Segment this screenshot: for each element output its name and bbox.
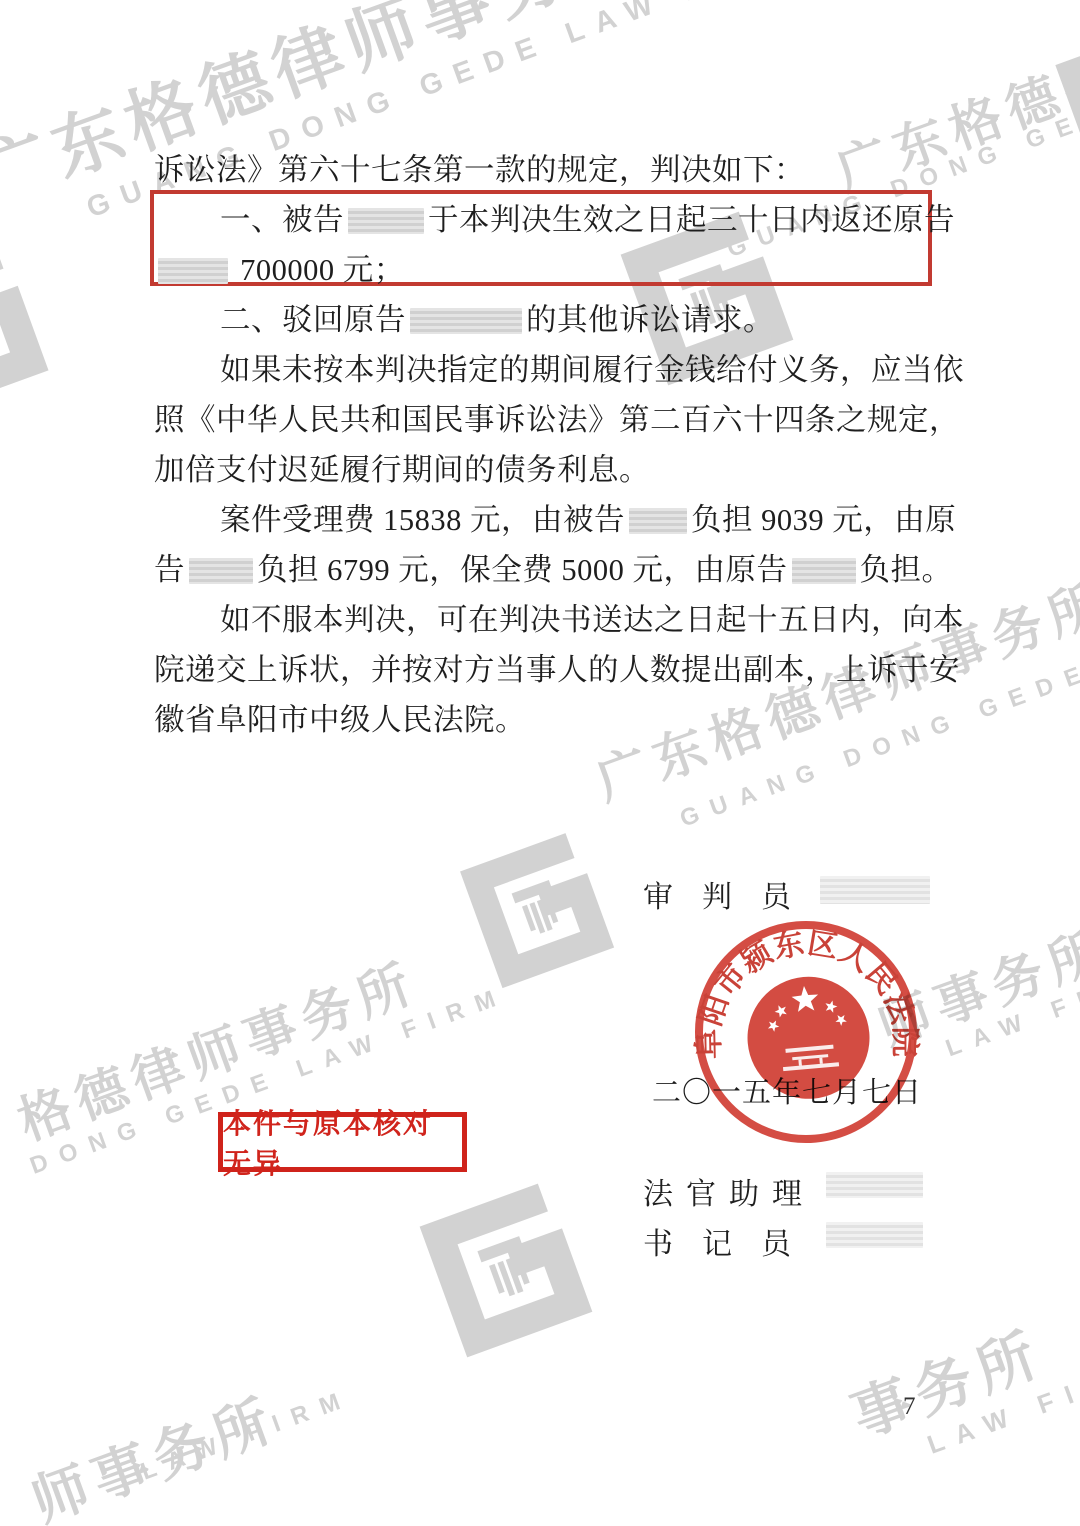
lawfirm-logo-g-icon [412,1177,602,1367]
watermark-band: 师事务所 [25,1390,285,1526]
document-text: 如不服本判决，可在判决书送达之日起十五日内，向本 [220,603,964,637]
seal-emblem [742,972,874,1104]
document-text: 的其他诉讼请求。 [526,303,774,337]
document-line: 告负担 6799 元，保全费 5000 元，由原告负担。 [154,545,954,595]
document-text: 告 [154,553,185,587]
document-text: 如果未按本判决指定的期间履行金钱给付义务，应当依 [220,353,964,387]
document-text: 负担。 [860,553,953,587]
clerk-name-redacted [826,1222,923,1248]
assistant-name-redacted [826,1172,923,1198]
clerk-label: 书记员 [643,1219,820,1263]
document-text: 案件受理费 15838 元，由被告 [220,503,625,537]
judge-name-redacted [820,876,930,904]
document-line: 徽省阜阳市中级人民法院。 [154,695,954,745]
lawfirm-logo-g-icon [0,234,58,426]
document-text: 于本判决生效之日起三十日内返还原告 [428,203,955,237]
document-text: 徽省阜阳市中级人民法院。 [154,703,526,737]
document-text: 二、驳回原告 [220,303,406,337]
document-lines: 诉讼法》第六十七条第一款的规定，判决如下：一、被告于本判决生效之日起三十日内返还… [154,145,954,745]
document-line: 照《中华人民共和国民事诉讼法》第二百六十四条之规定， [154,395,954,445]
document-text: 照《中华人民共和国民事诉讼法》第二百六十四条之规定， [154,403,960,437]
document-line: 案件受理费 15838 元，由被告负担 9039 元，由原 [154,495,954,545]
redacted-text [189,558,253,584]
document-line: 加倍支付迟延履行期间的债务利息。 [154,445,954,495]
document-text: 院递交上诉状，并按对方当事人的人数提出副本，上诉于安 [154,653,960,687]
document-line: 院递交上诉状，并按对方当事人的人数提出副本，上诉于安 [154,645,954,695]
scanned-judgment-page: 广东格德律师事务所GUANG DONG GEDE LAW FIRM广东格德律师事… [0,0,1080,1526]
document-text: 诉讼法》第六十七条第一款的规定，判决如下： [154,153,805,187]
redacted-text [792,558,856,584]
document-line: 二、驳回原告的其他诉讼请求。 [154,295,954,345]
judge-label: 审判员 [643,872,820,916]
watermark-chinese-text: 师事务所 [25,1390,285,1526]
court-seal: 阜阳市颍东区人民法院 [678,904,934,1160]
document-text: 负担 6799 元，保全费 5000 元，由原告 [257,553,788,587]
document-line: 700000 元； [154,245,954,295]
document-line: 如果未按本判决指定的期间履行金钱给付义务，应当依 [154,345,954,395]
document-line: 诉讼法》第六十七条第一款的规定，判决如下： [154,145,954,195]
redacted-text [348,208,424,234]
watermark-band: 事务所LAW FIRM [845,1292,1080,1479]
redacted-text [410,308,522,334]
assistant-label: 法官助理 [643,1169,815,1213]
verification-stamp-text: 本件与原本核对无异 [223,1102,462,1182]
redacted-text [629,508,687,534]
document-text: 一、被告 [220,203,344,237]
document-line: 如不服本判决，可在判决书送达之日起十五日内，向本 [154,595,954,645]
redacted-text [158,258,228,284]
document-text: 负担 9039 元，由原 [691,503,956,537]
document-line: 一、被告于本判决生效之日起三十日内返还原告 [154,195,954,245]
document-text: 700000 元； [232,253,405,287]
document-text: 加倍支付迟延履行期间的债务利息。 [154,453,650,487]
page-number: 7 [903,1393,916,1421]
verification-stamp: 本件与原本核对无异 [218,1112,467,1172]
